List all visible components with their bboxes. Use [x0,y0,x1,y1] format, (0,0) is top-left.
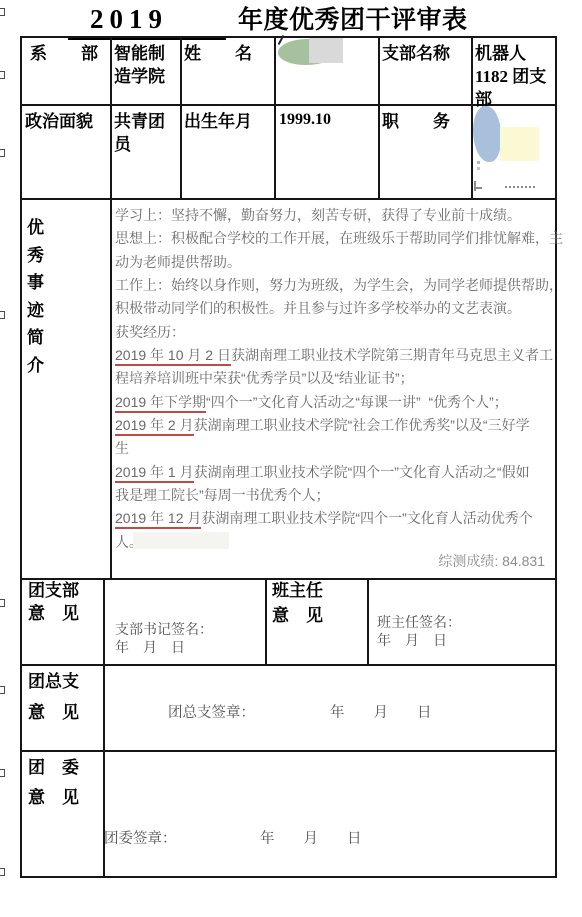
name-redaction-rect [309,38,343,63]
committee-opinion-label: 意 见 [28,786,79,809]
position-label: 职 务 [382,110,450,133]
story-section-label: 优 秀 事 迹 简 介 [27,214,44,379]
table-border [20,36,557,38]
general-branch-date: 年 月 日 [330,704,432,722]
title-text: 年度优秀团干评审表 [226,0,468,36]
general-branch-seal: 团总支签章： [168,704,255,722]
political-status-value: 共青团员 [114,110,178,156]
political-status-label: 政治面貌 [25,110,93,133]
story-line: 2019 年 12 月获湖南理工职业技术学院“四个一”文化育人活动优秀个 [115,507,551,530]
story-label-char: 介 [27,352,44,380]
story-label-char: 事 [27,269,44,297]
anchor-mark [0,686,5,694]
branch-opinion-label: 团支部 [28,579,79,602]
red-underlined-date: 2019 年 10 月 2 日 [115,347,231,366]
title-year: 2019 [68,4,226,40]
red-underlined-date: 2019 年 1 月 [115,464,194,483]
story-line: 程培养培训班中荣获“优秀学员”以及“结业证书”； [115,367,551,390]
position-redaction-rect [500,127,539,161]
teacher-sign: 班主任签名：年 月 日 [377,613,461,649]
red-underlined-date: 2019 年下学期 [115,394,206,413]
birth-date-label: 出生年月 [184,110,252,133]
name-label: 姓 名 [184,42,252,65]
table-border [471,36,473,198]
table-border [274,36,276,198]
committee-date: 年 月 日 [260,830,362,848]
table-border [20,198,557,200]
table-border [265,578,267,664]
table-border [555,36,557,878]
red-underlined-date: 2019 年 12 月 [115,510,201,529]
faint-scribble [505,186,535,188]
table-border [110,36,112,578]
anchor-mark [0,868,5,876]
anchor-mark [0,311,5,319]
branch-secretary-sign: 支部书记签名：年 月 日 [115,620,213,656]
story-line: 我是理工院长”每周一书优秀个人； [115,484,551,507]
story-line: 2019 年 1 月获湖南理工职业技术学院“四个一”文化育人活动之“假如 [115,461,551,484]
red-underlined-date: 2019 年 2 月 [115,417,194,436]
faint-scribble [476,187,482,189]
general-branch-opinion-label: 意 见 [28,701,79,724]
position-redaction-blob [473,106,501,162]
story-label-char: 优 [27,214,44,242]
anchor-mark [0,149,5,157]
table-border [378,36,380,198]
story-line: 工作上：始终以身作则，努力为班级，为学生会，为同学老师提供帮助， [115,274,551,297]
birth-date-value: 1999.10 [279,108,331,131]
dept-label: 系 部 [30,42,98,65]
anchor-mark [0,599,5,607]
anchor-mark [0,8,5,16]
story-line: 动为老师提供帮助。 [115,251,551,274]
general-branch-opinion-label: 团总支 [28,670,79,693]
story-line: 2019 年 10 月 2 日获湖南理工职业技术学院第三期青年马克思主义者工 [115,344,551,367]
story-line: 2019 年下学期“四个一”文化育人活动之“每课一讲” “优秀个人”； [115,391,551,414]
branch-opinion-label: 意 见 [28,602,79,625]
story-line: 获奖经历： [115,321,551,344]
story-text: 学习上：坚持不懈，勤奋努力，刻苦专研，获得了专业前十成绩。 思想上：积极配合学校… [115,204,551,554]
teacher-opinion-label: 意 见 [272,604,323,627]
table-border [20,664,557,666]
story-line: 生 [115,437,551,460]
branch-name-value: 机器人 1182 团支部 [475,42,555,111]
branch-name-label: 支部名称 [382,42,450,65]
review-form-page: 2019 年度优秀团干评审表 系 部 智能制造学院 姓 名 支部名称 机器人 1… [0,0,582,917]
faint-scribble [474,181,476,191]
table-border [180,36,182,198]
table-border [20,876,557,878]
faint-scribble [477,167,480,170]
form-title: 2019 年度优秀团干评审表 [68,0,468,36]
story-line: 思想上：积极配合学校的工作开展，在班级乐于帮助同学们排忧解难，主 [115,227,551,250]
story-label-char: 秀 [27,242,44,270]
dept-value: 智能制造学院 [114,42,178,88]
table-border [20,750,557,752]
composite-score: 综测成绩: 84.831 [115,551,545,571]
story-label-char: 简 [27,324,44,352]
story-label-char: 迹 [27,297,44,325]
anchor-mark [0,71,5,79]
committee-seal: 团委签章： [104,830,177,848]
anchor-mark [0,769,5,777]
table-border [367,578,369,664]
teacher-opinion-label: 班主任 [272,579,323,602]
faint-scribble [477,161,480,164]
faint-redaction [133,532,229,549]
story-line: 2019 年 2 月获湖南理工职业技术学院“社会工作优秀奖”以及“三好学 [115,414,551,437]
story-line: 积极带动同学们的积极性。并且参与过许多学校举办的文艺表演。 [115,297,551,320]
committee-opinion-label: 团 委 [28,756,79,779]
story-line: 学习上：坚持不懈，勤奋努力，刻苦专研，获得了专业前十成绩。 [115,204,551,227]
table-border [20,36,22,878]
